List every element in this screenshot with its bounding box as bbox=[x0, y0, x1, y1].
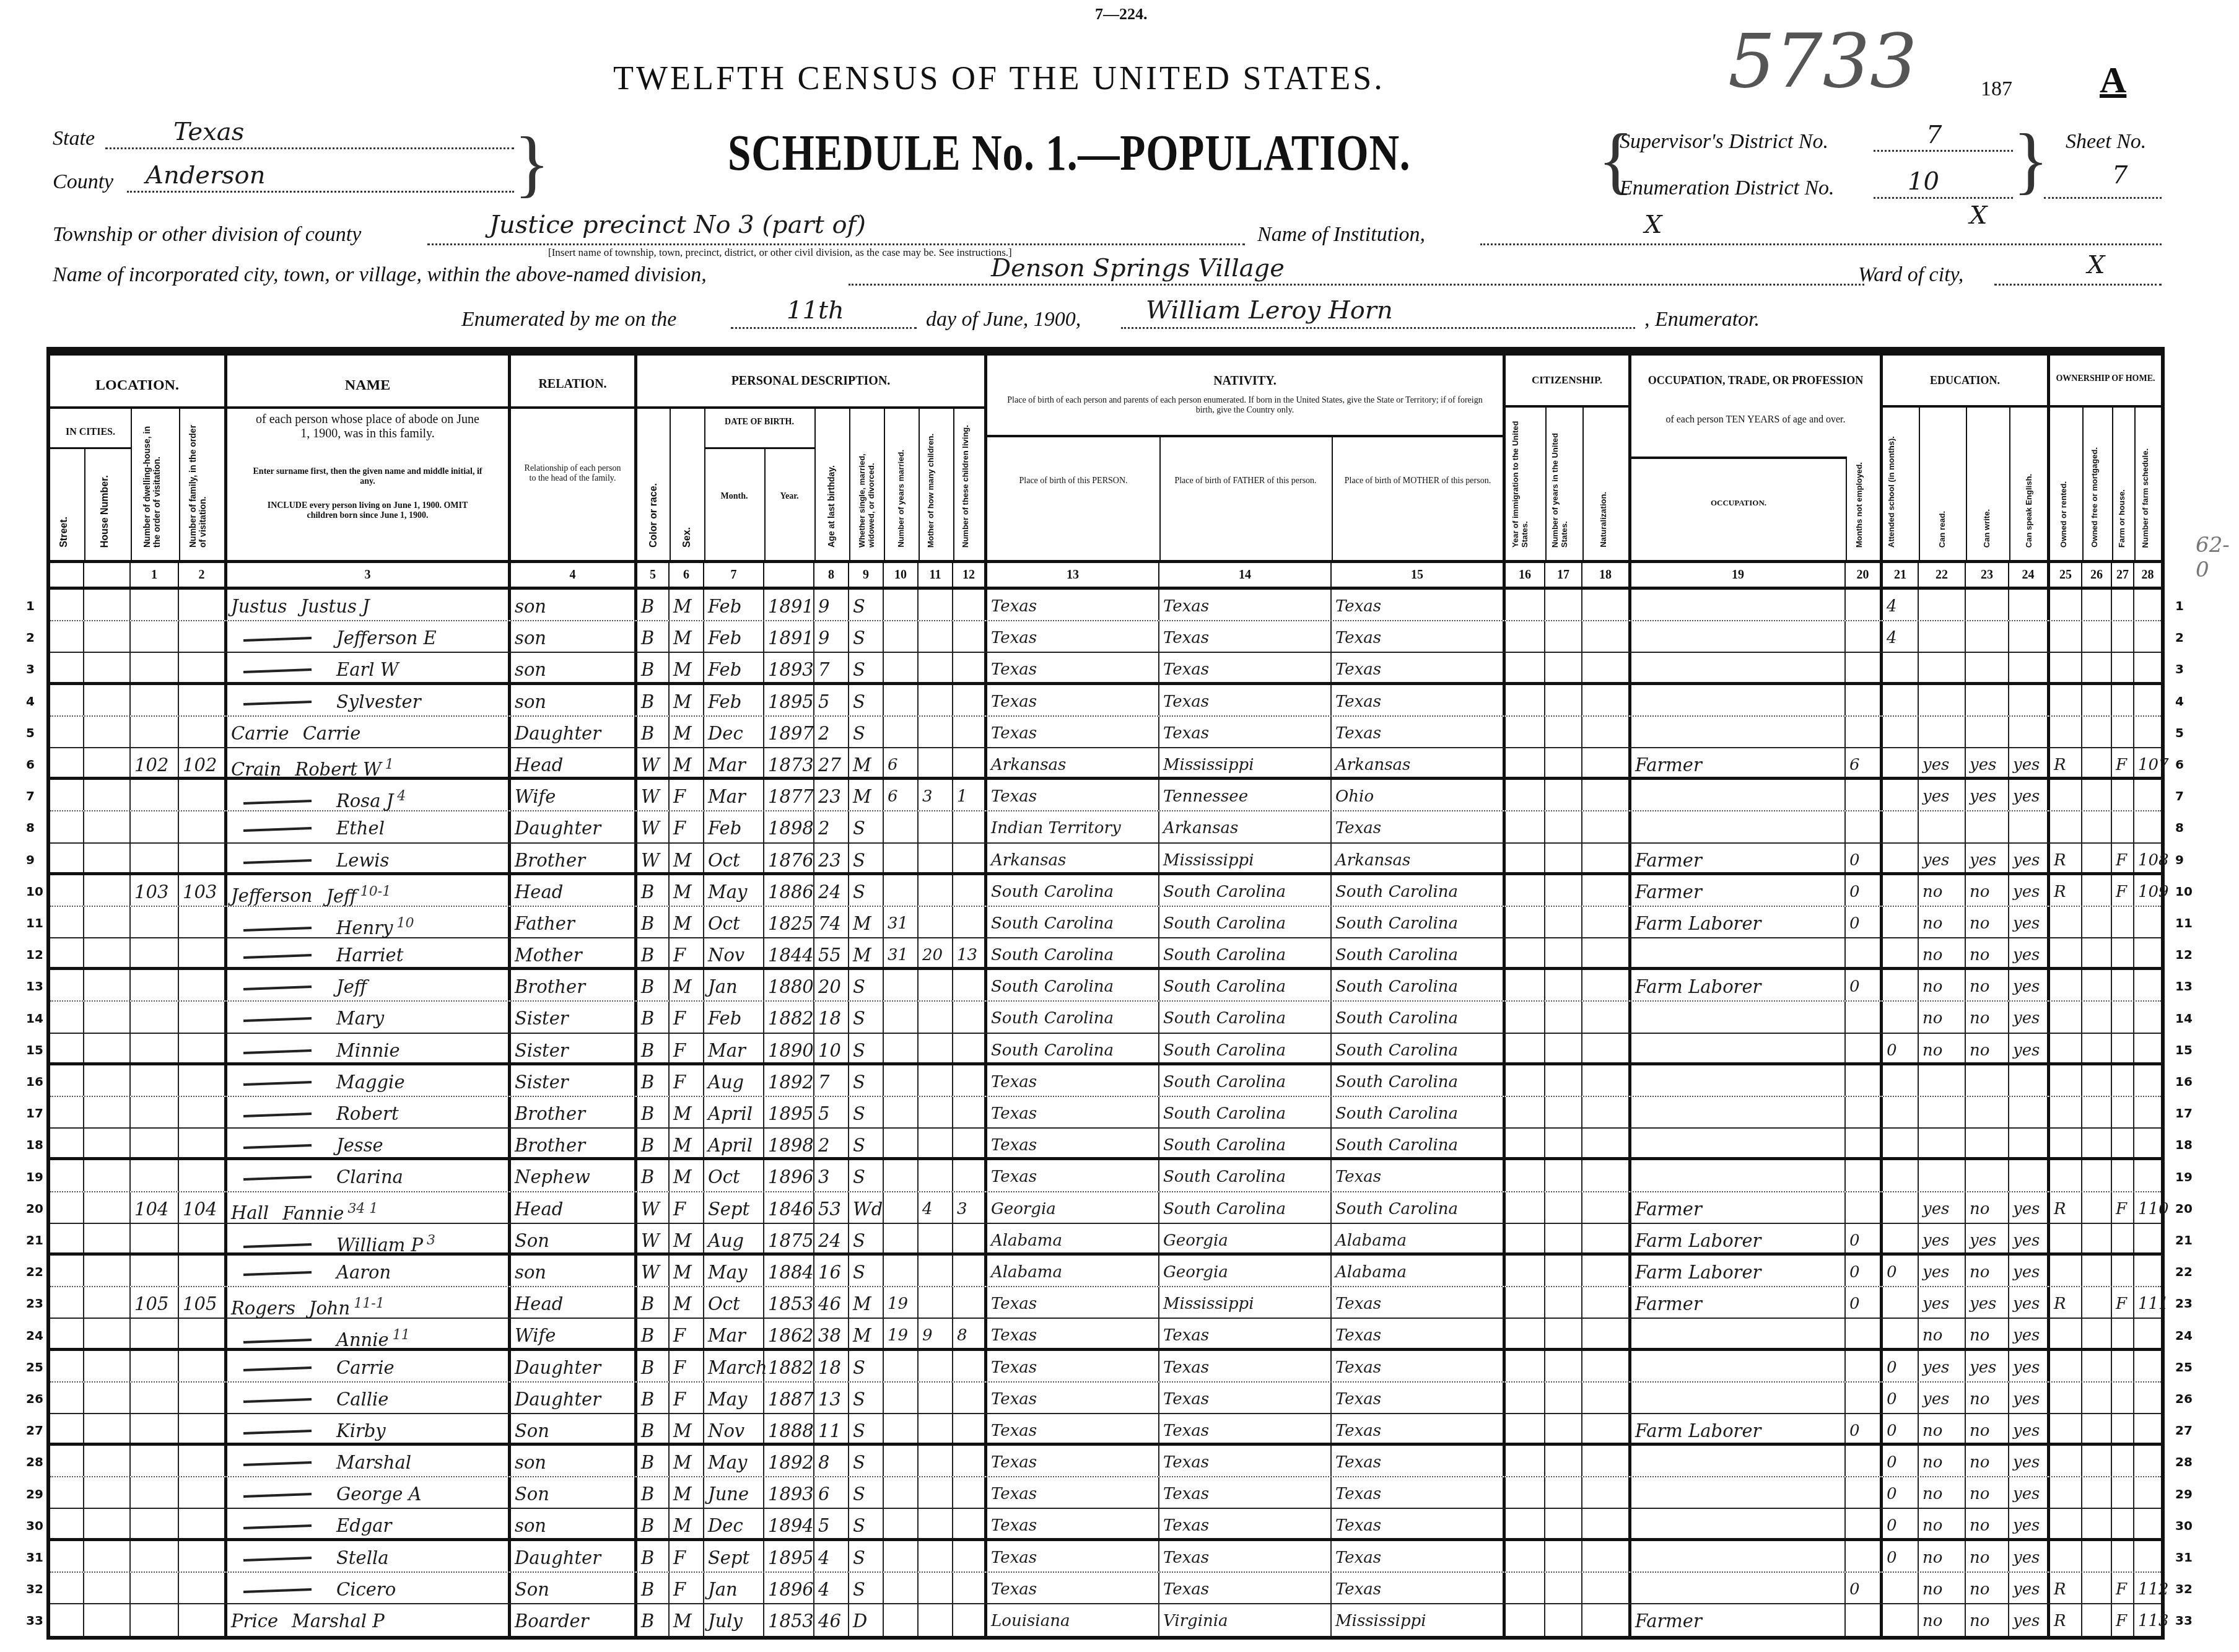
line-number: 22 bbox=[26, 1264, 43, 1279]
empty-cell bbox=[50, 1034, 84, 1062]
sched-cell bbox=[2134, 1319, 2161, 1347]
sched-cell: 108 bbox=[2134, 844, 2161, 872]
line-number: 10 bbox=[2175, 884, 2193, 899]
ditto-mark bbox=[243, 986, 312, 990]
bm-cell: South Carolina bbox=[1332, 970, 1506, 1000]
column-number: 27 bbox=[2112, 563, 2134, 587]
bp-cell: South Carolina bbox=[987, 1002, 1159, 1032]
write-cell: no bbox=[1966, 875, 2009, 906]
bm-cell: Texas bbox=[1332, 1477, 1506, 1508]
empty-cell bbox=[50, 1446, 84, 1476]
sex-cell: M bbox=[670, 875, 704, 906]
in-cities-label: IN CITIES. bbox=[50, 427, 131, 438]
ditto-mark bbox=[243, 668, 312, 673]
school-cell bbox=[1883, 970, 1919, 1000]
mother-cell: 20 bbox=[919, 938, 953, 967]
empty-cell bbox=[50, 685, 84, 715]
write-cell: yes bbox=[1966, 748, 2009, 777]
empty-cell bbox=[1545, 1604, 1582, 1636]
unemp-cell bbox=[1846, 1477, 1883, 1508]
relation-cell: Wife bbox=[511, 1319, 637, 1347]
marital-cell: S bbox=[849, 844, 884, 872]
month-cell: Dec bbox=[704, 717, 764, 747]
empty-cell bbox=[1582, 621, 1631, 652]
bm-cell: Texas bbox=[1332, 811, 1506, 842]
header-ownership: OWNERSHIP OF HOME. Owned or rented. Owne… bbox=[2050, 356, 2161, 560]
bm-cell: Texas bbox=[1332, 1351, 1506, 1381]
marital-cell: S bbox=[849, 1477, 884, 1508]
empty-cell bbox=[1582, 1351, 1631, 1381]
marital-cell: M bbox=[849, 780, 884, 810]
mother-cell bbox=[919, 1065, 953, 1096]
occupation-sub: OCCUPATION. bbox=[1631, 498, 1846, 508]
unemp-cell: 0 bbox=[1846, 875, 1883, 906]
enumerated-middle: day of June, 1900, bbox=[926, 308, 1081, 331]
given-name: Harriet bbox=[336, 945, 403, 966]
read-cell: yes bbox=[1919, 748, 1966, 777]
relation-cell: son bbox=[511, 621, 637, 652]
farm-cell: F bbox=[2112, 875, 2134, 906]
month-cell: Sept bbox=[704, 1192, 764, 1223]
sched-cell bbox=[2134, 811, 2161, 842]
schedule-title: SCHEDULE No. 1.—POPULATION. bbox=[728, 124, 1410, 182]
empty-cell bbox=[1545, 970, 1582, 1000]
speak-cell: yes bbox=[2009, 1351, 2050, 1381]
write-cell: no bbox=[1966, 1477, 2009, 1508]
bf-cell: South Carolina bbox=[1159, 1129, 1332, 1157]
school-cell bbox=[1883, 1192, 1919, 1223]
school-cell: 0 bbox=[1883, 1351, 1919, 1381]
name-instr2: INCLUDE every person living on June 1, 1… bbox=[252, 501, 483, 521]
bp-cell: Texas bbox=[987, 653, 1159, 681]
farm-house-header: Farm or house. bbox=[2117, 489, 2126, 548]
farm-cell bbox=[2112, 1097, 2134, 1127]
name-cell: Jefferson E bbox=[227, 621, 511, 652]
color-cell: B bbox=[637, 970, 670, 1000]
line-number: 16 bbox=[26, 1074, 43, 1089]
mother-cell bbox=[919, 1573, 953, 1603]
sched-cell bbox=[2134, 970, 2161, 1000]
free-cell bbox=[2082, 1065, 2112, 1096]
relation-cell: Brother bbox=[511, 1097, 637, 1127]
bm-cell: Texas bbox=[1332, 1319, 1506, 1347]
family-cell bbox=[179, 844, 227, 872]
bf-cell: Texas bbox=[1159, 1414, 1332, 1443]
ditto-mark bbox=[243, 954, 312, 959]
empty-cell bbox=[1582, 717, 1631, 747]
name-cell: Edgar bbox=[227, 1509, 511, 1537]
family-cell bbox=[179, 1065, 227, 1096]
line-number: 30 bbox=[2175, 1518, 2193, 1533]
bf-cell: South Carolina bbox=[1159, 1034, 1332, 1062]
bp-cell: Texas bbox=[987, 1351, 1159, 1381]
name-cell: Stella bbox=[227, 1541, 511, 1571]
empty-cell bbox=[50, 1351, 84, 1381]
dwelling-header: Number of dwelling-house, in the order o… bbox=[142, 417, 176, 548]
sched-cell bbox=[2134, 653, 2161, 681]
sched-cell: 109 bbox=[2134, 875, 2161, 906]
write-cell: yes bbox=[1966, 1224, 2009, 1252]
relation-cell: son bbox=[511, 685, 637, 715]
bm-cell: South Carolina bbox=[1332, 1002, 1506, 1032]
relation-cell: son bbox=[511, 1446, 637, 1476]
empty-cell bbox=[50, 653, 84, 681]
ym-cell bbox=[884, 1002, 919, 1032]
speak-cell bbox=[2009, 1097, 2050, 1127]
header-education: EDUCATION. Attended school (in months). … bbox=[1883, 356, 2050, 560]
left-brace: } bbox=[514, 121, 550, 206]
relation-cell: Daughter bbox=[511, 1351, 637, 1381]
living-cell bbox=[953, 1224, 987, 1252]
city-value: Denson Springs Village bbox=[991, 254, 1285, 282]
table-row: KirbySonBMNov188811STexasTexasTexasFarm … bbox=[50, 1414, 2161, 1446]
read-cell: no bbox=[1919, 1414, 1966, 1443]
occ-cell bbox=[1631, 621, 1846, 652]
farm-cell bbox=[2112, 1446, 2134, 1476]
bf-cell: South Carolina bbox=[1159, 907, 1332, 937]
line-number: 31 bbox=[26, 1550, 43, 1565]
color-cell: B bbox=[637, 590, 670, 620]
column-number-row: 1234567891011121314151617181920212223242… bbox=[50, 563, 2161, 590]
marital-cell: M bbox=[849, 1287, 884, 1318]
empty-cell bbox=[1545, 1509, 1582, 1537]
free-cell bbox=[2082, 621, 2112, 652]
line-number: 21 bbox=[2175, 1233, 2193, 1248]
bm-cell: Arkansas bbox=[1332, 748, 1506, 777]
ownership-title: OWNERSHIP OF HOME. bbox=[2050, 374, 2161, 384]
empty-cell bbox=[1582, 844, 1631, 872]
table-row: CiceroSonBFJan18964STexasTexasTexas0nono… bbox=[50, 1573, 2161, 1604]
own-cell bbox=[2050, 1319, 2082, 1347]
family-cell bbox=[179, 1509, 227, 1537]
write-cell bbox=[1966, 685, 2009, 715]
relation-cell: son bbox=[511, 1256, 637, 1286]
empty-cell bbox=[50, 1256, 84, 1286]
dwelling-cell bbox=[131, 1256, 179, 1286]
empty-cell bbox=[84, 1192, 131, 1223]
unemp-cell: 0 bbox=[1846, 970, 1883, 1000]
dwelling-cell bbox=[131, 1573, 179, 1603]
school-cell: 0 bbox=[1883, 1446, 1919, 1476]
own-cell bbox=[2050, 1256, 2082, 1286]
given-name: Annie bbox=[336, 1329, 389, 1350]
empty-cell bbox=[1545, 1287, 1582, 1318]
farm-cell bbox=[2112, 1224, 2134, 1252]
header-personal: PERSONAL DESCRIPTION. DATE OF BIRTH. Mon… bbox=[637, 356, 987, 560]
given-name: Mary bbox=[336, 1008, 384, 1029]
relation-desc: Relationship of each person to the head … bbox=[520, 464, 625, 484]
relation-cell: Daughter bbox=[511, 717, 637, 747]
column-number: 20 bbox=[1846, 563, 1883, 587]
surname: Hall bbox=[231, 1202, 269, 1223]
line-number: 9 bbox=[26, 852, 35, 867]
speak-cell: yes bbox=[2009, 1287, 2050, 1318]
bm-cell: Texas bbox=[1332, 653, 1506, 681]
supervisor-district-label: Supervisor's District No. bbox=[1620, 130, 1828, 154]
age-cell: 7 bbox=[814, 653, 849, 681]
bm-cell: South Carolina bbox=[1332, 875, 1506, 906]
table-row: JeffBrotherBMJan188020SSouth CarolinaSou… bbox=[50, 970, 2161, 1002]
read-cell: no bbox=[1919, 1002, 1966, 1032]
living-cell bbox=[953, 1573, 987, 1603]
read-cell: no bbox=[1919, 1477, 1966, 1508]
line-number: 5 bbox=[26, 725, 35, 740]
color-cell: B bbox=[637, 1319, 670, 1347]
line-number: 33 bbox=[2175, 1613, 2193, 1628]
speak-cell bbox=[2009, 621, 2050, 652]
year-cell: 1884 bbox=[764, 1256, 814, 1286]
own-cell bbox=[2050, 717, 2082, 747]
unemp-cell bbox=[1846, 1383, 1883, 1413]
ym-cell bbox=[884, 1446, 919, 1476]
school-cell bbox=[1883, 1002, 1919, 1032]
column-number: 15 bbox=[1332, 563, 1506, 587]
family-cell: 105 bbox=[179, 1287, 227, 1318]
relation-cell: Daughter bbox=[511, 811, 637, 842]
occ-cell bbox=[1631, 1446, 1846, 1476]
sched-cell bbox=[2134, 685, 2161, 715]
table-row: MaggieSisterBFAug18927STexasSouth Caroli… bbox=[50, 1065, 2161, 1097]
farm-cell bbox=[2112, 1509, 2134, 1537]
month-cell: Feb bbox=[704, 685, 764, 715]
free-cell bbox=[2082, 1097, 2112, 1127]
line-number: 25 bbox=[2175, 1360, 2193, 1374]
name-cell: Harriet bbox=[227, 938, 511, 967]
line-number: 30 bbox=[26, 1518, 43, 1533]
speak-cell: yes bbox=[2009, 875, 2050, 906]
empty-cell bbox=[1545, 1034, 1582, 1062]
table-row: 103103JeffersonJeff10-1HeadBMMay188624SS… bbox=[50, 875, 2161, 907]
birth-person-label: Place of birth of this PERSON. bbox=[993, 476, 1153, 486]
write-cell: no bbox=[1966, 1256, 2009, 1286]
month-cell: April bbox=[704, 1097, 764, 1127]
sex-cell: F bbox=[670, 1192, 704, 1223]
annotation: 34 1 bbox=[347, 1201, 378, 1217]
school-cell: 0 bbox=[1883, 1383, 1919, 1413]
occ-cell bbox=[1631, 685, 1846, 715]
family-cell bbox=[179, 1224, 227, 1252]
dwelling-cell: 102 bbox=[131, 748, 179, 777]
bf-cell: Texas bbox=[1159, 717, 1332, 747]
occupation-desc: of each person TEN YEARS of age and over… bbox=[1644, 414, 1867, 426]
mother-cell bbox=[919, 1604, 953, 1636]
name-cell: Minnie bbox=[227, 1034, 511, 1062]
write-cell: no bbox=[1966, 1034, 2009, 1062]
read-cell bbox=[1919, 590, 1966, 620]
empty-cell bbox=[1506, 653, 1545, 681]
empty-cell bbox=[1545, 811, 1582, 842]
empty-cell bbox=[1582, 1129, 1631, 1157]
year-cell: 1895 bbox=[764, 1097, 814, 1127]
write-cell: yes bbox=[1966, 1351, 2009, 1381]
sched-cell bbox=[2134, 1002, 2161, 1032]
occ-cell bbox=[1631, 1573, 1846, 1603]
population-schedule-table: LOCATION. IN CITIES. Street. House Numbe… bbox=[46, 347, 2165, 1640]
bf-cell: South Carolina bbox=[1159, 875, 1332, 906]
dwelling-cell bbox=[131, 1129, 179, 1157]
family-cell bbox=[179, 1477, 227, 1508]
sched-cell bbox=[2134, 907, 2161, 937]
mother-cell bbox=[919, 1287, 953, 1318]
empty-cell bbox=[84, 811, 131, 842]
bm-cell: Texas bbox=[1332, 1287, 1506, 1318]
speak-cell bbox=[2009, 1129, 2050, 1157]
empty-cell bbox=[1506, 1034, 1545, 1062]
name-cell: JustusJustus J bbox=[227, 590, 511, 620]
dwelling-cell bbox=[131, 1446, 179, 1476]
month-cell: Nov bbox=[704, 1414, 764, 1443]
birth-mother-label: Place of birth of MOTHER of this person. bbox=[1338, 476, 1498, 486]
age-cell: 9 bbox=[814, 590, 849, 620]
family-cell bbox=[179, 1097, 227, 1127]
empty-cell bbox=[1582, 1541, 1631, 1571]
family-cell bbox=[179, 1414, 227, 1443]
farm-cell bbox=[2112, 653, 2134, 681]
marital-cell: S bbox=[849, 1446, 884, 1476]
empty-cell bbox=[1582, 1160, 1631, 1191]
empty-cell bbox=[84, 1414, 131, 1443]
read-cell: yes bbox=[1919, 1256, 1966, 1286]
year-cell: 1898 bbox=[764, 811, 814, 842]
living-cell bbox=[953, 1414, 987, 1443]
table-row: HarrietMotherBFNov184455M312013South Car… bbox=[50, 938, 2161, 970]
table-row: Rosa J4WifeWFMar187723M631TexasTennessee… bbox=[50, 780, 2161, 811]
bp-cell: South Carolina bbox=[987, 907, 1159, 937]
ym-cell bbox=[884, 1477, 919, 1508]
institution-value: X bbox=[1644, 211, 1662, 239]
family-cell bbox=[179, 717, 227, 747]
color-cell: B bbox=[637, 1541, 670, 1571]
enumerated-prefix: Enumerated by me on the bbox=[461, 308, 676, 331]
family-cell bbox=[179, 970, 227, 1000]
empty-cell bbox=[1545, 748, 1582, 777]
living-cell bbox=[953, 1477, 987, 1508]
color-cell: B bbox=[637, 1446, 670, 1476]
unemp-cell bbox=[1846, 685, 1883, 715]
family-cell bbox=[179, 1002, 227, 1032]
ym-cell: 31 bbox=[884, 907, 919, 937]
line-number: 21 bbox=[26, 1233, 43, 1248]
write-cell: yes bbox=[1966, 780, 2009, 810]
bp-cell: Georgia bbox=[987, 1192, 1159, 1223]
unemp-cell bbox=[1846, 1192, 1883, 1223]
year-label: Year. bbox=[764, 492, 814, 502]
line-number: 4 bbox=[26, 694, 35, 709]
name-cell: Henry10 bbox=[227, 907, 511, 937]
occ-cell bbox=[1631, 1065, 1846, 1096]
township-note: [Insert name of township, town, precinct… bbox=[548, 247, 1012, 259]
marital-header: Whether single, married, widowed, or div… bbox=[857, 424, 879, 548]
empty-cell bbox=[50, 717, 84, 747]
mother-cell bbox=[919, 1477, 953, 1508]
line-number: 23 bbox=[26, 1296, 43, 1311]
living-cell bbox=[953, 844, 987, 872]
age-cell: 9 bbox=[814, 621, 849, 652]
living-cell bbox=[953, 717, 987, 747]
given-name: William P bbox=[336, 1234, 423, 1255]
school-cell bbox=[1883, 780, 1919, 810]
given-name: Maggie bbox=[336, 1072, 405, 1093]
name-title: NAME bbox=[227, 377, 508, 394]
line-number: 28 bbox=[26, 1454, 43, 1469]
nativity-title: NATIVITY. bbox=[987, 374, 1503, 388]
ditto-mark bbox=[243, 1339, 312, 1344]
living-cell: 1 bbox=[953, 780, 987, 810]
month-cell: Feb bbox=[704, 621, 764, 652]
farm-cell bbox=[2112, 970, 2134, 1000]
color-cell: B bbox=[637, 875, 670, 906]
given-name: Cicero bbox=[336, 1579, 396, 1600]
ym-cell bbox=[884, 1351, 919, 1381]
bf-cell: Tennessee bbox=[1159, 780, 1332, 810]
empty-cell bbox=[1582, 875, 1631, 906]
bm-cell: South Carolina bbox=[1332, 1192, 1506, 1223]
empty-cell bbox=[1506, 1129, 1545, 1157]
sex-cell: M bbox=[670, 1097, 704, 1127]
farm-cell bbox=[2112, 1383, 2134, 1413]
ditto-mark bbox=[243, 701, 312, 706]
years-us-header: Number of years in the United States. bbox=[1550, 411, 1578, 548]
name-desc: of each person whose place of abode on J… bbox=[252, 413, 483, 441]
dwelling-cell bbox=[131, 653, 179, 681]
month-cell: Aug bbox=[704, 1224, 764, 1252]
year-cell: 1886 bbox=[764, 875, 814, 906]
empty-cell bbox=[84, 1604, 131, 1636]
school-cell bbox=[1883, 875, 1919, 906]
own-cell: R bbox=[2050, 1287, 2082, 1318]
sex-cell: M bbox=[670, 1160, 704, 1191]
census-title: TWELFTH CENSUS OF THE UNITED STATES. bbox=[613, 59, 1385, 97]
bf-cell: Texas bbox=[1159, 621, 1332, 652]
sex-cell: F bbox=[670, 1319, 704, 1347]
column-number: 5 bbox=[637, 563, 670, 587]
mother-cell: 3 bbox=[919, 780, 953, 810]
family-header: Number of family, in the order of visita… bbox=[188, 417, 219, 548]
bm-cell: Texas bbox=[1332, 1446, 1506, 1476]
age-cell: 46 bbox=[814, 1604, 849, 1636]
given-name: Jesse bbox=[336, 1135, 383, 1156]
relation-cell: Father bbox=[511, 907, 637, 937]
read-cell: no bbox=[1919, 1446, 1966, 1476]
empty-cell bbox=[1582, 1319, 1631, 1347]
color-cell: W bbox=[637, 1192, 670, 1223]
table-row: StellaDaughterBFSept18954STexasTexasTexa… bbox=[50, 1541, 2161, 1573]
unemp-cell bbox=[1846, 1160, 1883, 1191]
column-number: 10 bbox=[884, 563, 919, 587]
given-name: George A bbox=[336, 1484, 422, 1505]
surname: Crain bbox=[231, 759, 281, 780]
enumerated-day: 11th bbox=[787, 296, 844, 325]
ym-cell bbox=[884, 1129, 919, 1157]
given-name: Stella bbox=[336, 1547, 389, 1568]
school-cell bbox=[1883, 907, 1919, 937]
bp-cell: Texas bbox=[987, 1414, 1159, 1443]
empty-cell bbox=[1506, 844, 1545, 872]
farm-cell bbox=[2112, 907, 2134, 937]
family-cell bbox=[179, 1034, 227, 1062]
institution-value-2: X bbox=[1970, 201, 1987, 230]
year-cell: 1891 bbox=[764, 621, 814, 652]
empty-cell bbox=[84, 621, 131, 652]
stamped-page-number: 5733 bbox=[1728, 19, 1917, 105]
school-cell bbox=[1883, 844, 1919, 872]
bm-cell: South Carolina bbox=[1332, 907, 1506, 937]
mother-cell bbox=[919, 1034, 953, 1062]
empty-cell bbox=[84, 1383, 131, 1413]
empty-cell bbox=[84, 875, 131, 906]
empty-cell bbox=[1506, 1287, 1545, 1318]
bf-cell: Texas bbox=[1159, 685, 1332, 715]
